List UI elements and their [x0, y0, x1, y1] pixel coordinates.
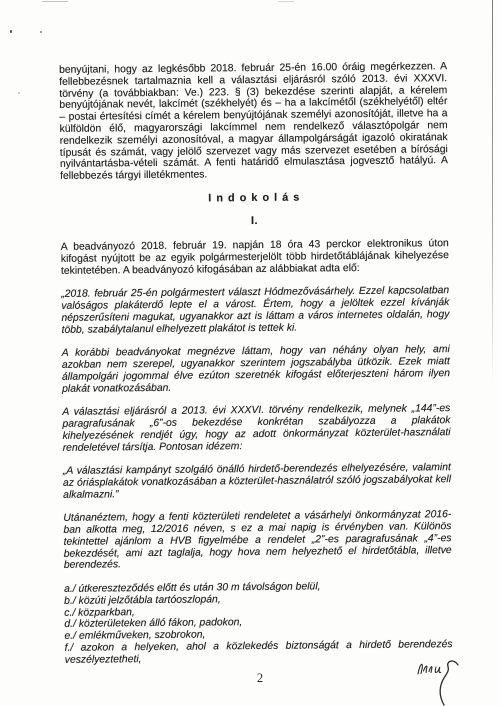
list-item-f: f./ azokon a helyeken, ahol a közlekedés… [65, 639, 453, 666]
subsection-number-heading: I. [60, 214, 448, 230]
quoted-law-citation: „A választási kampányt szolgáló önálló h… [63, 462, 451, 501]
scan-edge-mark-top-center [278, 1, 294, 2]
scan-edge-line-right [492, 0, 493, 385]
paragraph-complaint-summary: A beadványozó 2018. február 19. napján 1… [61, 238, 449, 277]
quoted-complaint-paragraph-2: A korábbi beadványokat megnézve láttam, … [62, 344, 450, 395]
paragraph-appeal-requirements: benyújtani, hogy az legkésőbb 2018. febr… [59, 61, 448, 183]
quoted-complaint-paragraph-4: Utánanéztem, hogy a fenti közterületi re… [63, 509, 452, 572]
section-heading-indokolas: I n d o k o l á s [60, 191, 448, 207]
handwritten-signature-icon [411, 655, 469, 706]
quoted-complaint-paragraph-1: „2018. február 25-én polgármestert válas… [61, 285, 449, 336]
scan-speck [18, 92, 20, 94]
scan-speck [10, 30, 12, 33]
prohibited-locations-list: a./ útkereszteződés előtt és után 30 m t… [64, 580, 453, 666]
scan-speck [40, 31, 42, 33]
document-text-block: benyújtani, hogy az legkésőbb 2018. febr… [59, 61, 453, 678]
quoted-complaint-paragraph-3: A választási eljárásról a 2013. évi XXXV… [62, 403, 450, 454]
scan-edge-mark-top-left [42, 1, 68, 2]
scanned-document-page: benyújtani, hogy az legkésőbb 2018. febr… [0, 0, 500, 706]
